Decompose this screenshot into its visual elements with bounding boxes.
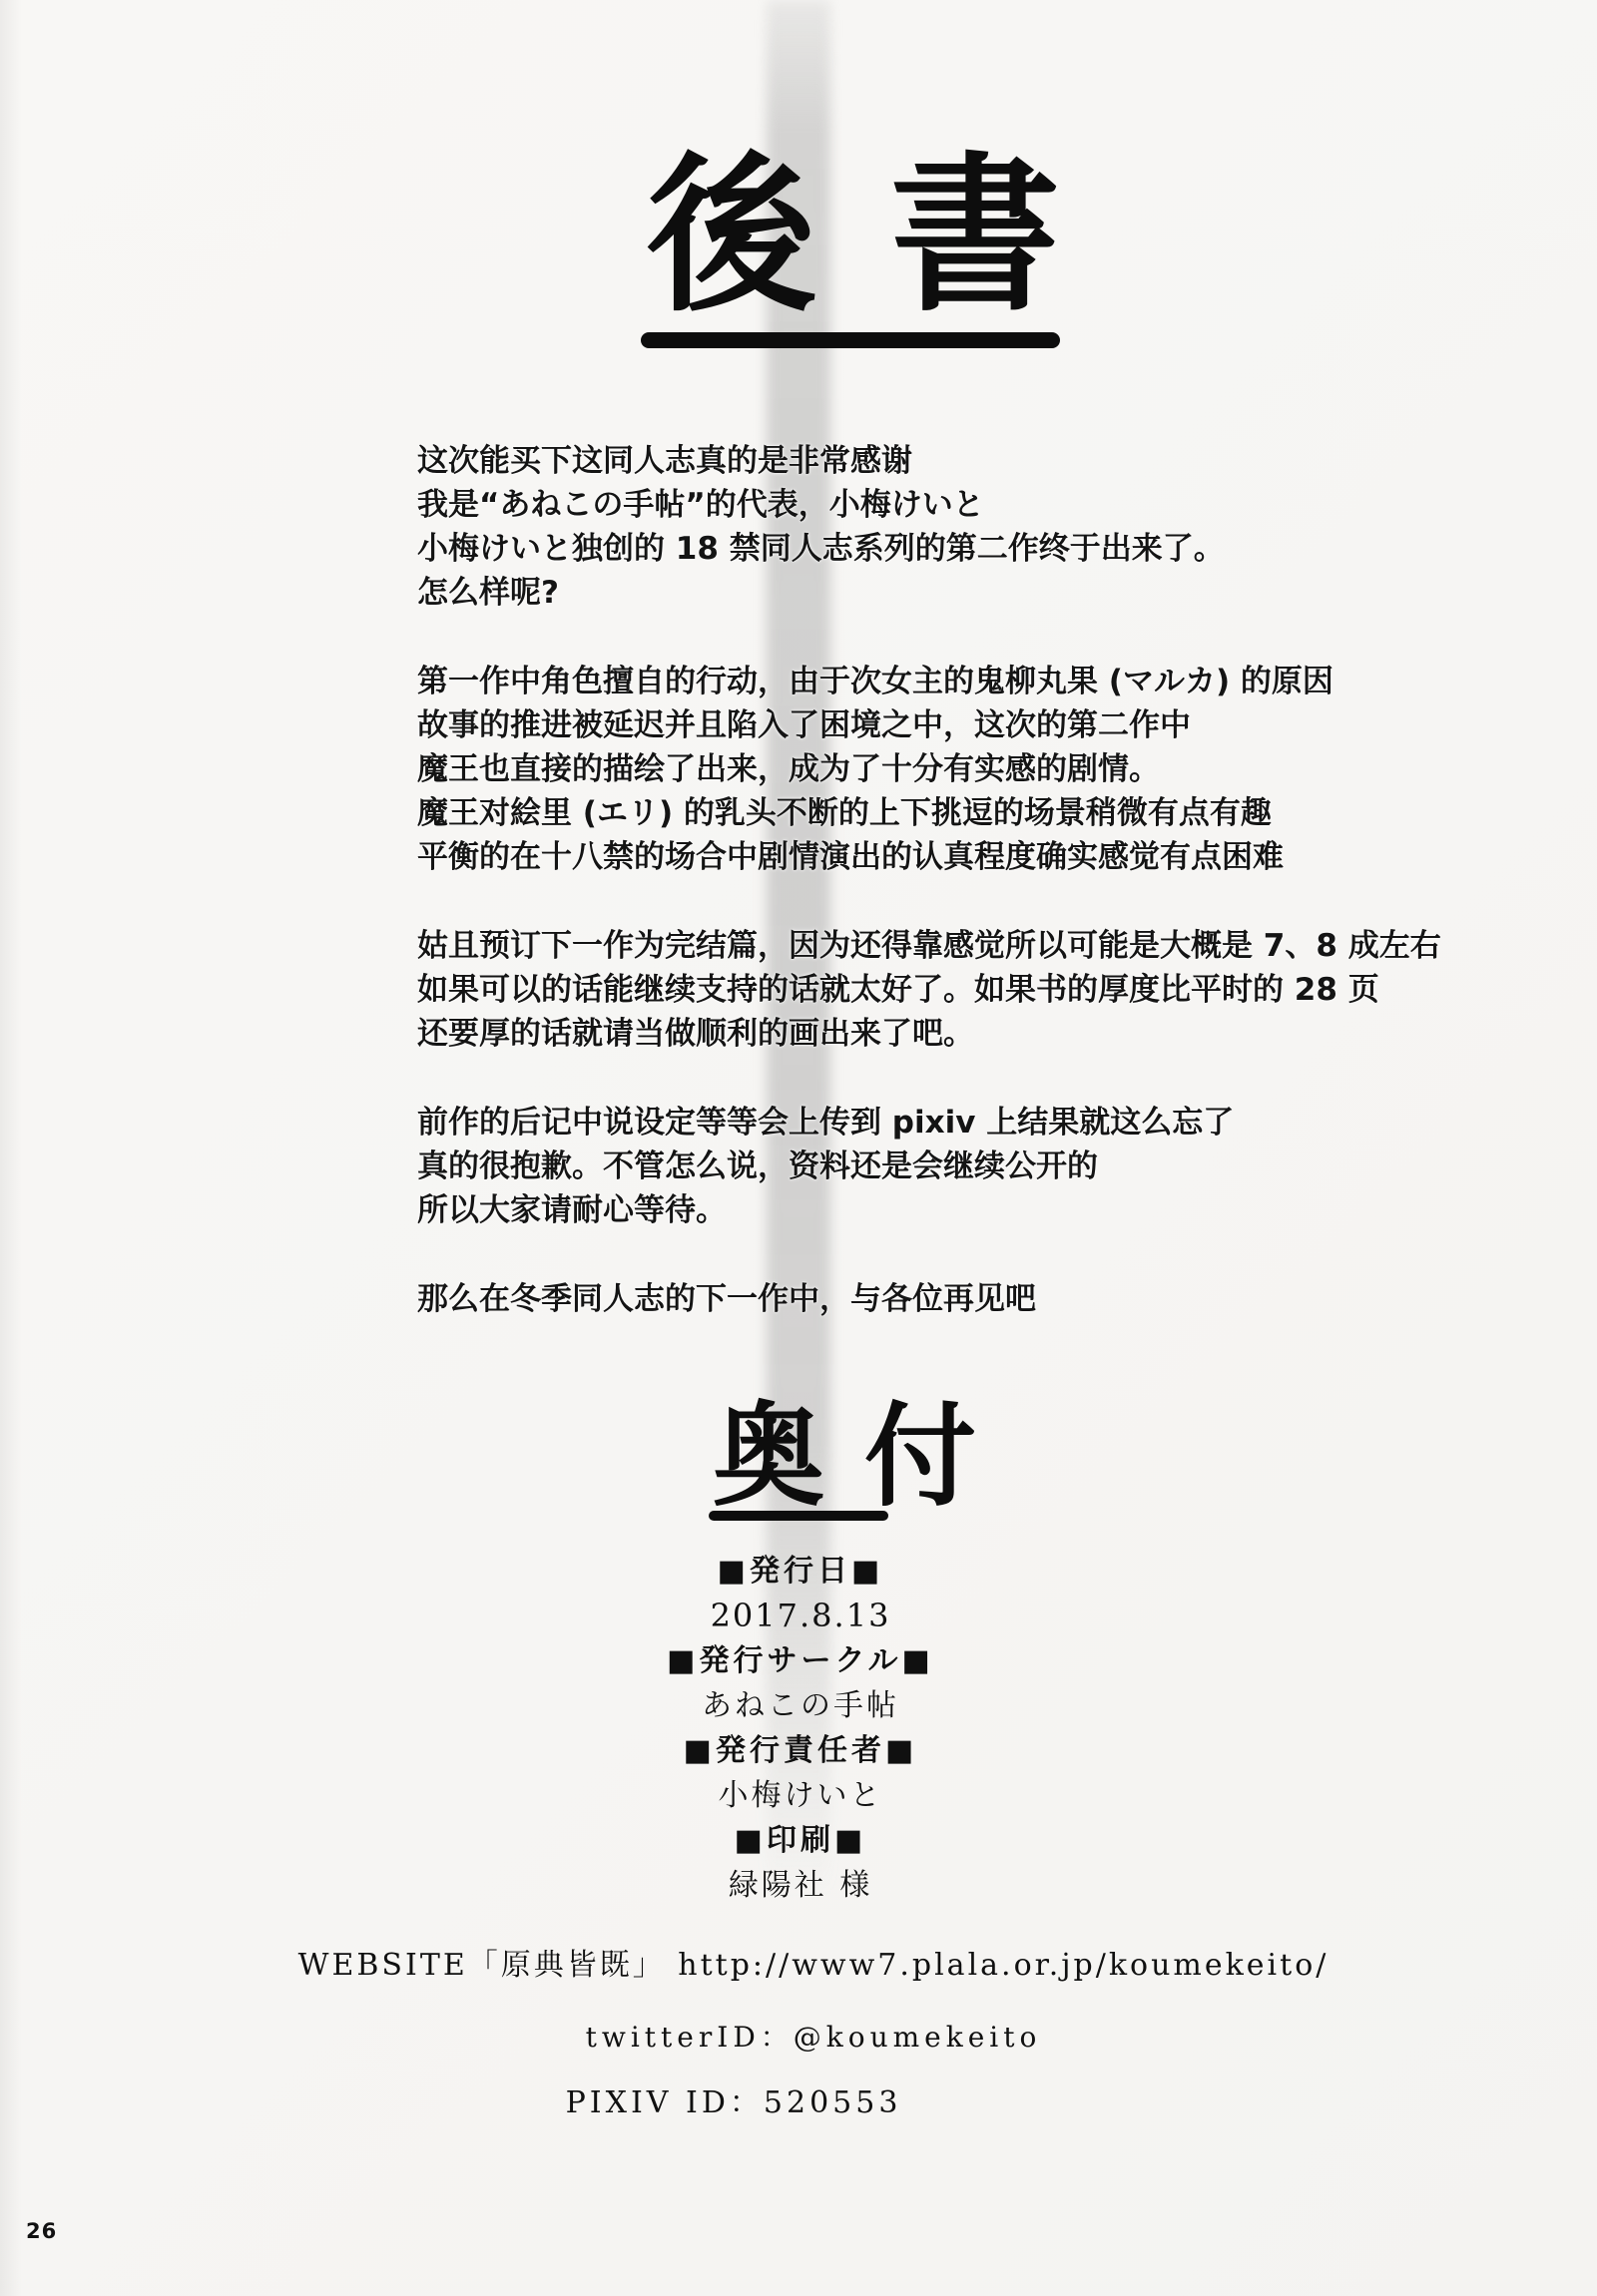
body-line: 魔王也直接的描绘了出来，成为了十分有实感的剧情。 (417, 747, 1415, 791)
body-line: 故事的推进被延迟并且陷入了困境之中，这次的第二作中 (417, 703, 1415, 747)
body-line: 姑且预订下一作为完结篇，因为还得靠感觉所以可能是大概是 7、8 成左右 (417, 924, 1415, 968)
body-line: 魔王对絵里 (エリ) 的乳头不断的上下挑逗的场景稍微有点有趣 (417, 791, 1415, 835)
body-line: 所以大家请耐心等待。 (417, 1188, 1415, 1232)
afterword-paragraph: 第一作中角色擅自的行动，由于次女主的鬼柳丸果 (マルカ) 的原因 故事的推进被延… (417, 660, 1415, 879)
colophon-block: ■発行日■ 2017.8.13 ■発行サークル■ あねこの手帖 ■発行責任者■ … (2, 1549, 1597, 1908)
colophon-value: あねこの手帖 (2, 1683, 1597, 1728)
colophon-title: 奥付 (713, 1401, 1016, 1513)
body-line: 这次能买下这同人志真的是非常感谢 (417, 439, 1415, 483)
afterword-paragraph: 前作的后记中说设定等等会上传到 pixiv 上结果就这么忘了 真的很抱歉。不管怎… (417, 1101, 1415, 1232)
scanned-afterword-page: 後書 这次能买下这同人志真的是非常感谢 我是“あねこの手帖”的代表，小梅けいと … (0, 0, 1597, 2296)
body-line: 平衡的在十八禁的场合中剧情演出的认真程度确实感觉有点困难 (417, 835, 1415, 879)
footer-pixiv: PIXIV ID：520553 (0, 2081, 1547, 2125)
colophon-label: ■発行責任者■ (2, 1728, 1597, 1773)
footer-twitter: twitterID：@koumekeito (0, 2016, 1597, 2060)
body-line: 怎么样呢? (417, 571, 1415, 615)
colophon-title-underline (709, 1511, 888, 1521)
colophon-value: 緑陽社 様 (2, 1863, 1597, 1908)
colophon-value: 2017.8.13 (2, 1594, 1597, 1638)
afterword-paragraph: 那么在冬季同人志的下一作中，与各位再见吧 (417, 1277, 1415, 1321)
body-line: 真的很抱歉。不管怎么说，资料还是会继续公开的 (417, 1145, 1415, 1188)
afterword-paragraph: 这次能买下这同人志真的是非常感谢 我是“あねこの手帖”的代表，小梅けいと 小梅け… (417, 439, 1415, 615)
colophon-label: ■印刷■ (2, 1818, 1597, 1863)
body-line: 第一作中角色擅自的行动，由于次女主的鬼柳丸果 (マルカ) 的原因 (417, 660, 1415, 703)
body-line: 前作的后记中说设定等等会上传到 pixiv 上结果就这么忘了 (417, 1101, 1415, 1145)
afterword-paragraph: 姑且预订下一作为完结篇，因为还得靠感觉所以可能是大概是 7、8 成左右 如果可以… (417, 924, 1415, 1056)
afterword-title-underline (641, 332, 1060, 348)
page-number: 26 (26, 2219, 57, 2243)
afterword-title: 後書 (647, 152, 1134, 321)
body-line: 还要厚的话就请当做顺利的画出来了吧。 (417, 1012, 1415, 1056)
colophon-label: ■発行日■ (2, 1549, 1597, 1594)
afterword-body: 这次能买下这同人志真的是非常感谢 我是“あねこの手帖”的代表，小梅けいと 小梅け… (417, 439, 1415, 1366)
footer-website: WEBSITE「原典皆既」 http://www7.plala.or.jp/ko… (0, 1944, 1597, 1988)
body-line: 如果可以的话能继续支持的话就太好了。如果书的厚度比平时的 28 页 (417, 968, 1415, 1012)
body-line: 我是“あねこの手帖”的代表，小梅けいと (417, 483, 1415, 527)
colophon-value: 小梅けいと (2, 1773, 1597, 1818)
body-line: 小梅けいと独创的 18 禁同人志系列的第二作终于出来了。 (417, 527, 1415, 571)
colophon-label: ■発行サークル■ (2, 1638, 1597, 1683)
body-line: 那么在冬季同人志的下一作中，与各位再见吧 (417, 1277, 1415, 1321)
